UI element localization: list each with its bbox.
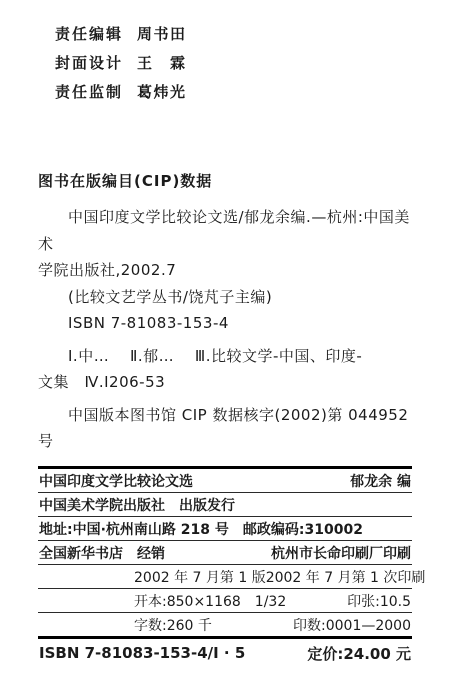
cip-line: Ⅰ.中… Ⅱ.郁… Ⅲ.比较文学-中国、印度- xyxy=(38,343,416,370)
cip-block: 图书在版编目(CIP)数据 中国印度文学比较论文选/郁龙余编.—杭州:中国美术 … xyxy=(38,170,416,455)
isbn-price-row: ISBN 7-81083-153-4/I · 5 定价:24.00 元 xyxy=(38,639,412,667)
colophon-row: 开本:850×1168 1/32 印张:10.5 xyxy=(38,589,412,613)
cip-heading: 图书在版编目(CIP)数据 xyxy=(38,170,416,191)
colophon-left-cell: 2002 年 7 月第 1 版 xyxy=(39,567,266,587)
colophon-row: 中国印度文学比较论文选 郁龙余 编 xyxy=(38,469,412,493)
colophon-table: 中国印度文学比较论文选 郁龙余 编 中国美术学院出版社 出版发行 地址:中国·杭… xyxy=(38,466,412,667)
colophon-row: 全国新华书店 经销 杭州市长命印刷厂印刷 xyxy=(38,541,412,565)
credit-role-label: 责任监制 xyxy=(55,78,123,107)
cip-line: 文集 Ⅳ.I206-53 xyxy=(38,369,416,396)
credit-role-label: 责任编辑 xyxy=(55,20,123,49)
cip-line: 学院出版社,2002.7 xyxy=(38,257,416,284)
colophon-right-cell: 印张:10.5 xyxy=(347,591,411,611)
colophon-row: 中国美术学院出版社 出版发行 xyxy=(38,493,412,517)
copyright-page: 责任编辑 周书田 封面设计 王霖 责任监制 葛炜光 图书在版编目(CIP)数据 … xyxy=(0,0,450,677)
credit-person-name: 葛炜光 xyxy=(137,78,185,107)
credit-person-name: 周书田 xyxy=(137,20,185,49)
credit-person-name: 王霖 xyxy=(137,49,185,78)
credit-row: 封面设计 王霖 xyxy=(55,49,185,78)
colophon-row: 字数:260 千 印数:0001—2000 xyxy=(38,613,412,639)
credit-row: 责任监制 葛炜光 xyxy=(55,78,185,107)
isbn-number: ISBN 7-81083-153-4/I · 5 xyxy=(39,644,245,662)
colophon-row: 地址:中国·杭州南山路 218 号 邮政编码:310002 xyxy=(38,517,412,541)
credit-row: 责任编辑 周书田 xyxy=(55,20,185,49)
credits-block: 责任编辑 周书田 封面设计 王霖 责任监制 葛炜光 xyxy=(55,20,185,107)
colophon-left-cell: 地址:中国·杭州南山路 218 号 邮政编码:310002 xyxy=(39,519,363,539)
colophon-left-cell: 开本:850×1168 1/32 xyxy=(39,591,286,611)
colophon-right-cell: 杭州市长命印刷厂印刷 xyxy=(271,543,411,563)
colophon-left-cell: 中国美术学院出版社 出版发行 xyxy=(39,495,235,515)
colophon-left-cell: 字数:260 千 xyxy=(39,615,212,635)
cip-paragraph: 中国印度文学比较论文选/郁龙余编.—杭州:中国美术 学院出版社,2002.7 (… xyxy=(38,204,416,455)
colophon-right-cell: 郁龙余 编 xyxy=(350,471,411,491)
colophon-right-cell: 2002 年 7 月第 1 次印刷 xyxy=(266,567,426,587)
colophon-right-cell: 印数:0001—2000 xyxy=(293,615,411,635)
cip-line: (比较文艺学丛书/饶芃子主编) xyxy=(38,284,416,311)
colophon-row: 2002 年 7 月第 1 版 2002 年 7 月第 1 次印刷 xyxy=(38,565,412,589)
colophon-rows: 中国印度文学比较论文选 郁龙余 编 中国美术学院出版社 出版发行 地址:中国·杭… xyxy=(38,469,412,639)
cip-line: 中国印度文学比较论文选/郁龙余编.—杭州:中国美术 xyxy=(38,204,416,257)
colophon-left-cell: 中国印度文学比较论文选 xyxy=(39,471,193,491)
cip-line: 中国版本图书馆 CIP 数据核字(2002)第 044952 号 xyxy=(38,402,416,455)
colophon-left-cell: 全国新华书店 经销 xyxy=(39,543,165,563)
credit-role-label: 封面设计 xyxy=(55,49,123,78)
cip-line: ISBN 7-81083-153-4 xyxy=(38,310,416,337)
price-label: 定价:24.00 元 xyxy=(307,643,411,664)
